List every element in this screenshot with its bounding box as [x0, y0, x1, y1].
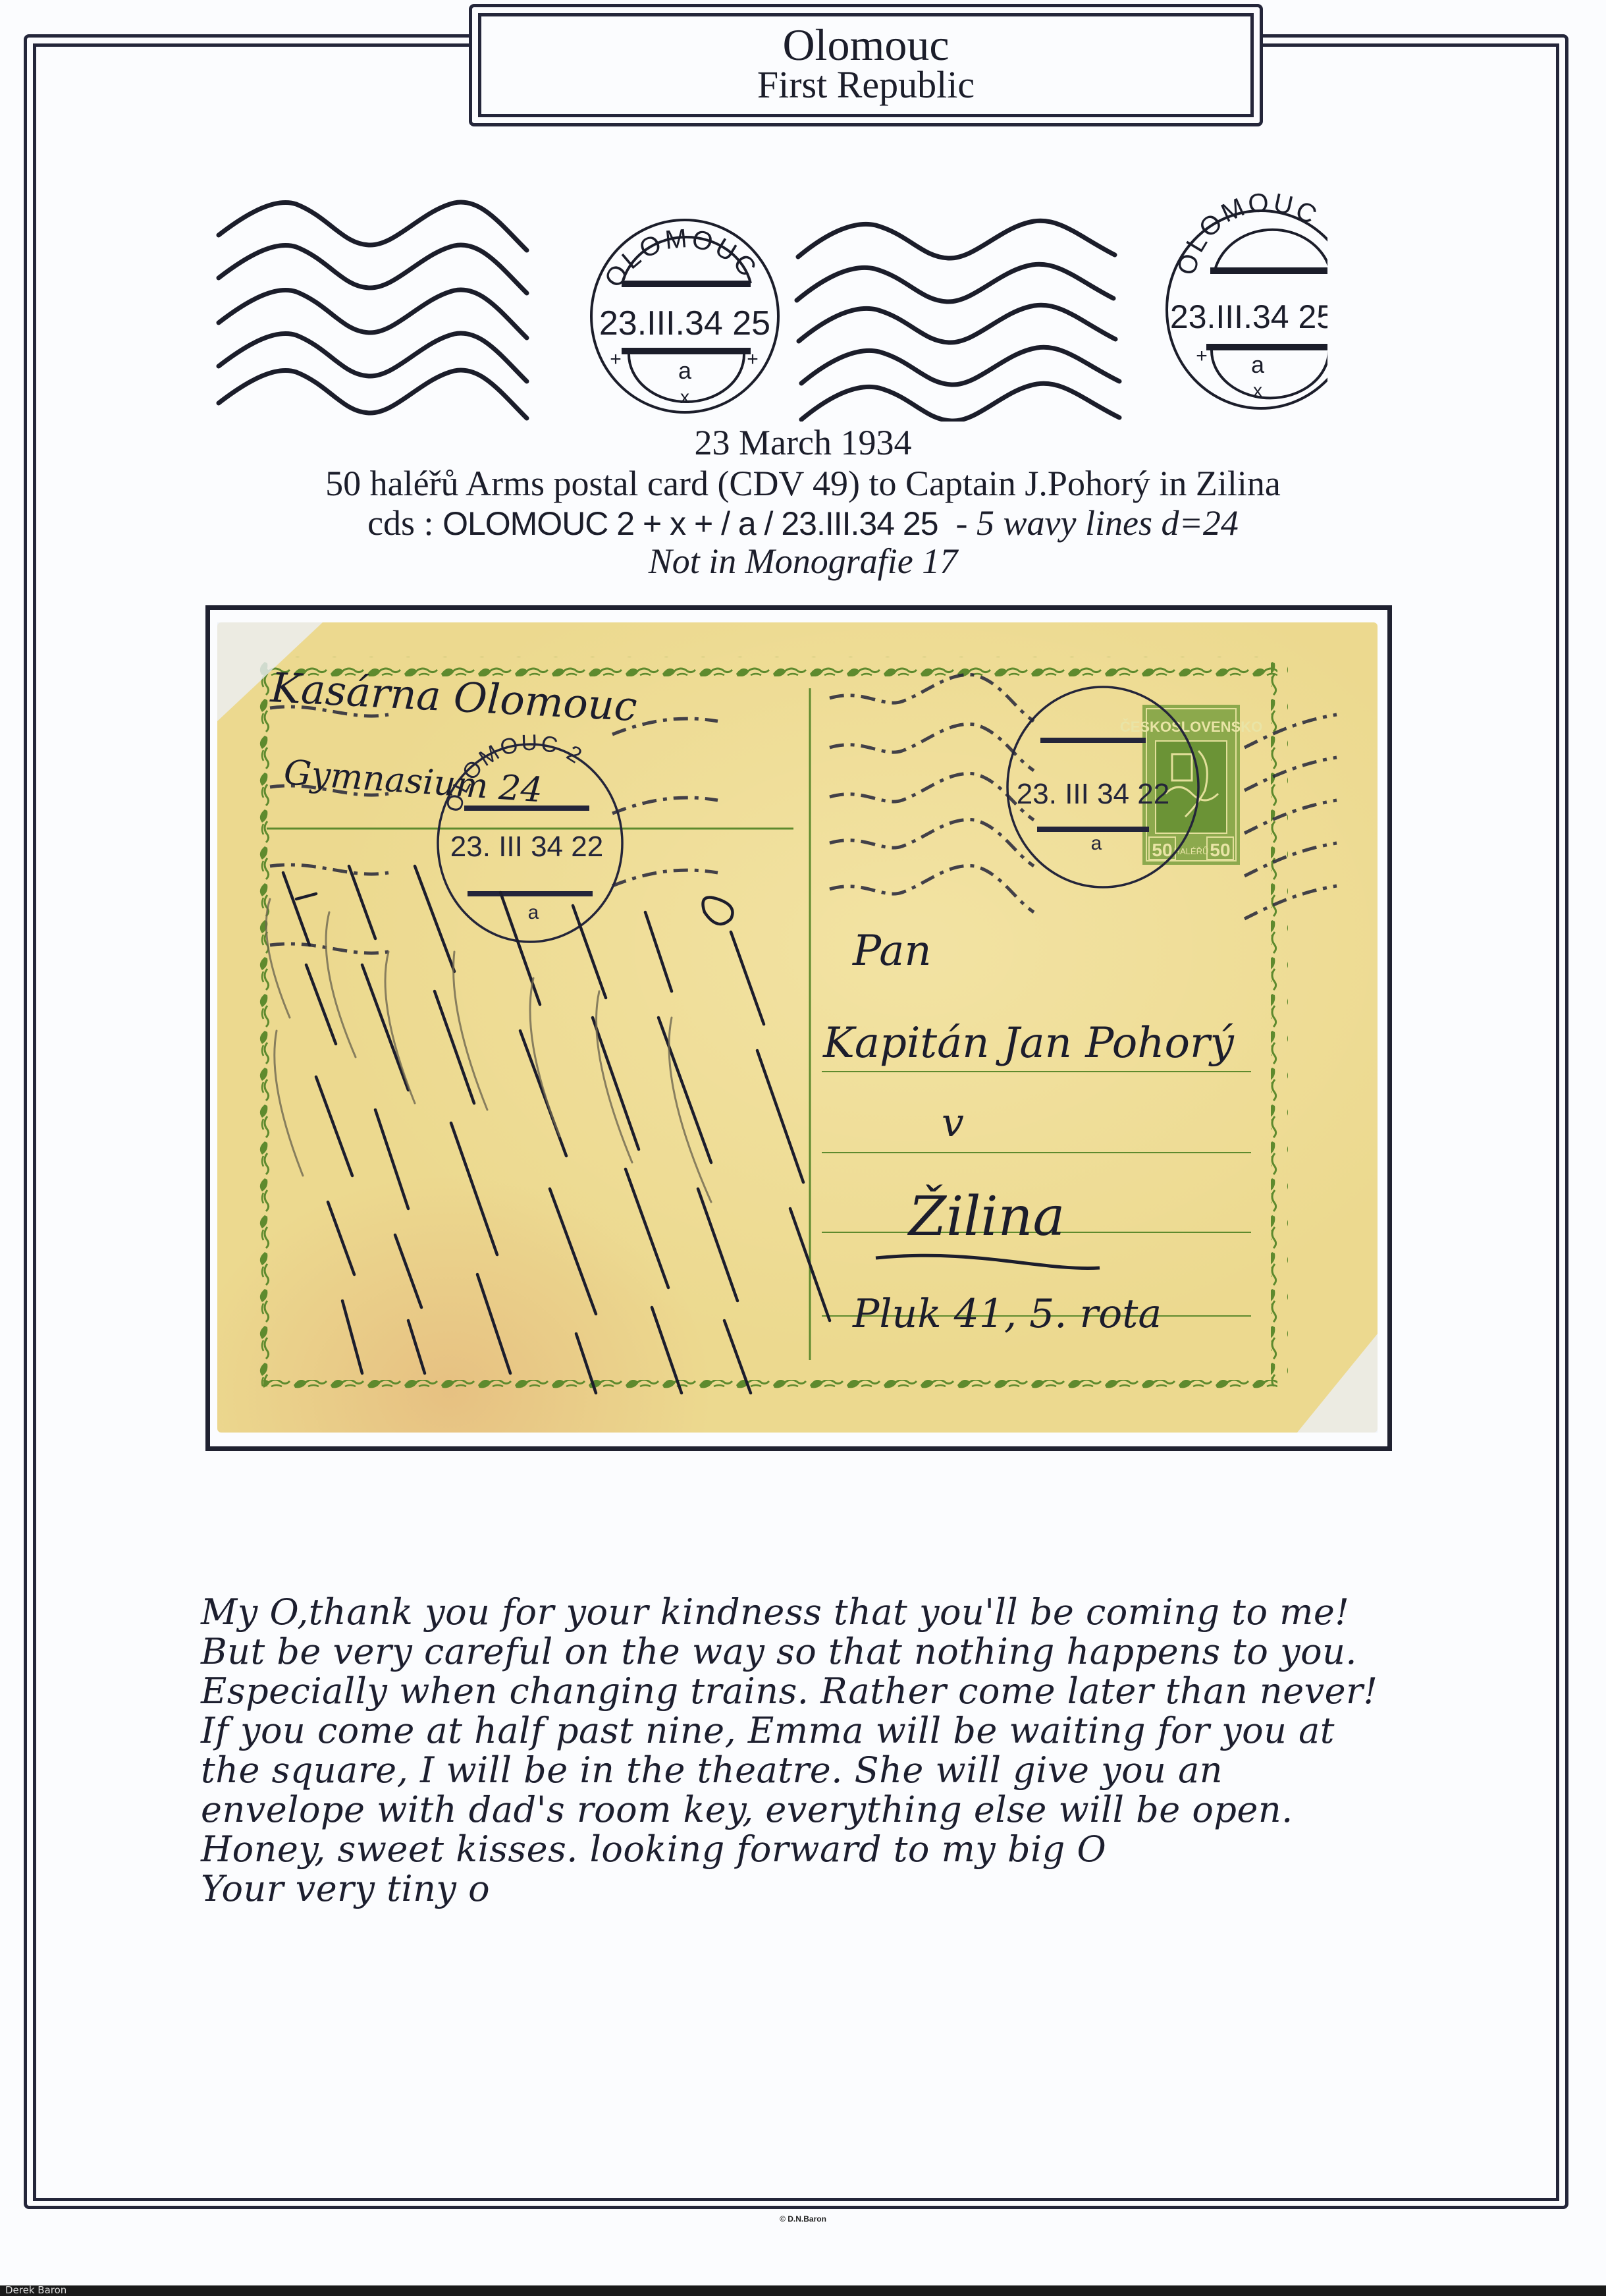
copyright-notice: © D.N.Baron — [0, 2214, 1606, 2224]
cds-detail: OLOMOUC 2 + x + / a / 23.III.34 25 — [442, 505, 938, 542]
cds-suffix: - 5 wavy lines d=24 — [938, 503, 1239, 543]
card-border-bottom — [263, 1380, 1277, 1398]
svg-text:a: a — [1091, 833, 1102, 854]
svg-text:x: x — [1253, 380, 1262, 400]
svg-text:Gymnasium 24: Gymnasium 24 — [282, 753, 544, 810]
transcription-line: the square, I will be in the theatre. Sh… — [201, 1751, 1452, 1790]
message-handwriting-faded — [266, 899, 711, 1202]
sender-handwriting: Kasárna Olomouc Gymnasium 24 — [269, 663, 638, 810]
caption-note: Not in Monografie 17 — [0, 540, 1606, 582]
author-credit: Derek Baron — [5, 2284, 67, 2296]
svg-text:Pluk 41, 5. rota: Pluk 41, 5. rota — [852, 1291, 1162, 1337]
svg-text:23.III.34 25: 23.III.34 25 — [1170, 298, 1335, 335]
card-postmark-left: 23. III 34 22 a OLOMOUC 2 — [438, 730, 622, 942]
svg-text:50: 50 — [1152, 840, 1172, 860]
svg-text:OLOMOUC 2: OLOMOUC 2 — [0, 184, 770, 292]
transcription-line: My O,thank you for your kindness that yo… — [201, 1593, 1452, 1632]
transcription-line: Especially when changing trains. Rather … — [201, 1672, 1452, 1711]
transcription-line: envelope with dad's room key, everything… — [201, 1790, 1452, 1830]
wavy-lines-left — [219, 202, 527, 418]
svg-text:Kapitán Jan Pohorý: Kapitán Jan Pohorý — [822, 1019, 1235, 1068]
svg-text:50: 50 — [1210, 840, 1230, 860]
svg-text:23.III.34 25: 23.III.34 25 — [599, 304, 770, 342]
svg-text:OLOMOUC: OLOMOUC — [1172, 188, 1324, 278]
address-handwriting: Pan Kapitán Jan Pohorý v Žilina Pluk 41,… — [822, 927, 1235, 1337]
page-title: Olomouc — [478, 20, 1254, 70]
svg-text:Pan: Pan — [852, 927, 932, 975]
cancellation-illustration: 23.III.34 25 a + + x OLOMOUC 2 23.III.34… — [0, 184, 1606, 422]
transcription-line: But be very careful on the way so that n… — [201, 1632, 1452, 1672]
cds-prefix: cds : — [367, 503, 442, 543]
svg-text:ČESKOSLOVENSKO: ČESKOSLOVENSKO — [1120, 719, 1262, 735]
svg-text:+: + — [610, 348, 622, 370]
caption-cds: cds : OLOMOUC 2 + x + / a / 23.III.34 25… — [0, 502, 1606, 545]
svg-text:+: + — [1196, 345, 1208, 367]
postal-card-artwork: ČESKOSLOVENSKO 50 50 HALÉŘŮ 23. III 34 2… — [217, 622, 1378, 1433]
svg-text:Žilina: Žilina — [907, 1184, 1065, 1248]
svg-text:23. III 34 22: 23. III 34 22 — [450, 831, 603, 863]
cds-left: 23.III.34 25 a + + x OLOMOUC 2 — [0, 184, 778, 412]
svg-text:+: + — [747, 348, 759, 370]
letter-transcription: My O,thank you for your kindness that yo… — [201, 1593, 1452, 1909]
svg-text:a: a — [1251, 351, 1265, 378]
svg-text:v: v — [942, 1100, 964, 1146]
svg-text:x: x — [680, 387, 689, 407]
transcription-line: Honey, sweet kisses. looking forward to … — [201, 1830, 1452, 1869]
caption-description: 50 haléřů Arms postal card (CDV 49) to C… — [0, 462, 1606, 505]
page-subtitle: First Republic — [478, 63, 1254, 107]
transcription-line: Your very tiny o — [201, 1869, 1452, 1909]
svg-text:a: a — [678, 357, 692, 384]
svg-text:23. III 34 22: 23. III 34 22 — [1017, 778, 1169, 810]
transcription-line: If you come at half past nine, Emma will… — [201, 1711, 1452, 1751]
wavy-lines-right — [797, 221, 1119, 421]
caption-date: 23 March 1934 — [0, 422, 1606, 464]
scanner-strip — [0, 2285, 1606, 2296]
card-border-left — [257, 662, 274, 1386]
cds-right: 23.III.34 25 a + x OLOMOUC — [1167, 188, 1355, 408]
svg-text:a: a — [528, 902, 539, 923]
